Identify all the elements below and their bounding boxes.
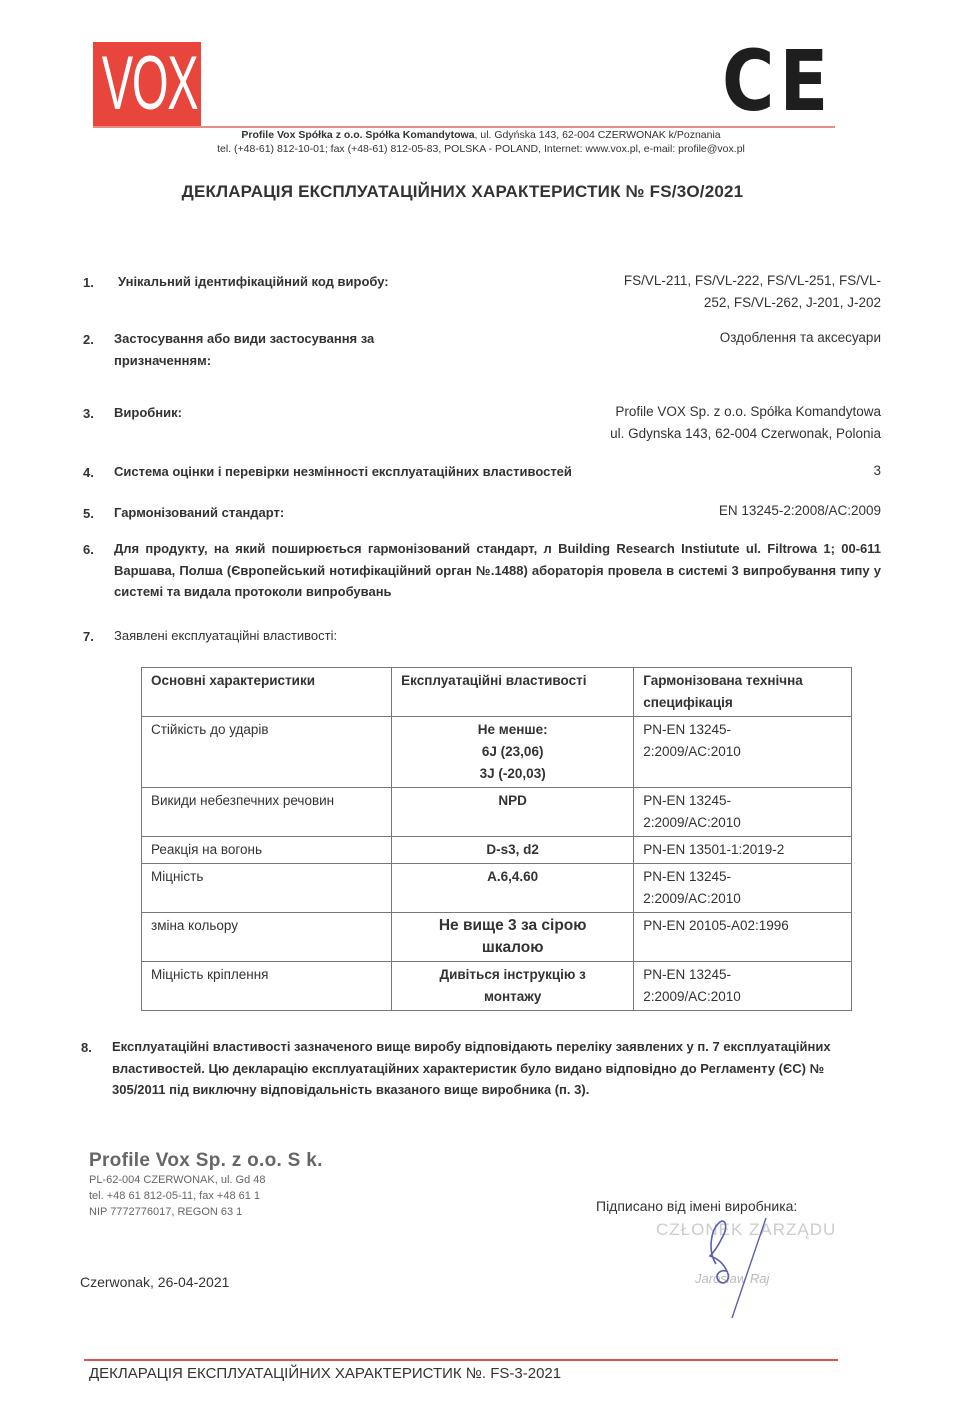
characteristic-cell: зміна кольору <box>142 913 392 962</box>
item-3-value: Profile VOX Sp. z o.o. Spółka Komandytow… <box>481 401 881 445</box>
item-4-number: 4. <box>83 465 94 480</box>
spec-line: PN-EN 20105-A02:1996 <box>643 915 842 937</box>
item-2-number: 2. <box>83 332 94 347</box>
table-row: зміна кольору Не вище 3 за сірою шкалою … <box>142 913 852 962</box>
performance-line: Дивіться інструкцію з <box>401 964 624 986</box>
performance-line: Не менше: <box>401 719 624 741</box>
spec-cell: PN-EN 13245- 2:2009/AC:2010 <box>634 962 852 1011</box>
item-8-text: Експлуатаційні властивості зазначеного в… <box>112 1036 840 1101</box>
item-2-label: Застосування або види застосування за пр… <box>114 328 374 372</box>
item-3-value-line: Profile VOX Sp. z o.o. Spółka Komandytow… <box>481 401 881 423</box>
table-header-cell: Гармонізована технічна специфікація <box>634 668 852 717</box>
item-8-number: 8. <box>81 1040 92 1055</box>
spec-line: PN-EN 13245- <box>643 719 842 741</box>
item-6-text: Для продукту, на який поширюється гармон… <box>114 538 881 603</box>
spec-line: 2:2009/AC:2010 <box>643 812 842 834</box>
stamp-line: Profile Vox Sp. z o.o. S k. <box>89 1150 323 1172</box>
table-row: Викиди небезпечних речовин NPD PN-EN 132… <box>142 788 852 837</box>
item-4-label: Система оцінки і перевірки незмінності е… <box>114 461 572 483</box>
spec-line: PN-EN 13245- <box>643 866 842 888</box>
table-row: Реакція на вогонь D-s3, d2 PN-EN 13501-1… <box>142 837 852 864</box>
performance-line: шкалою <box>401 937 624 959</box>
table-header-cell: Основні характеристики <box>142 668 392 717</box>
item-1-label: Унікальний ідентифікаційний код виробу: <box>118 271 389 293</box>
table-header-row: Основні характеристики Експлуатаційні вл… <box>142 668 852 717</box>
performance-line: Не вище 3 за сірою <box>401 915 624 937</box>
ce-mark-icon: CE <box>722 36 833 126</box>
performance-line: 6J (23,06) <box>401 741 624 763</box>
item-7-number: 7. <box>83 629 94 644</box>
spec-cell: PN-EN 13245- 2:2009/AC:2010 <box>634 788 852 837</box>
item-1-value: FS/VL-211, FS/VL-222, FS/VL-251, FS/VL- … <box>481 270 881 314</box>
signature-icon <box>688 1212 778 1322</box>
characteristic-cell: Стійкість до ударів <box>142 717 392 788</box>
item-7-label: Заявлені експлуатаційні властивості: <box>114 625 337 647</box>
company-stamp: Profile Vox Sp. z o.o. S k. PL-62-004 CZ… <box>89 1150 323 1220</box>
performance-line: монтажу <box>401 986 624 1008</box>
performance-line: D-s3, d2 <box>401 839 624 861</box>
performance-cell: Не вище 3 за сірою шкалою <box>392 913 634 962</box>
characteristic-cell: Викиди небезпечних речовин <box>142 788 392 837</box>
table-row: Стійкість до ударів Не менше: 6J (23,06)… <box>142 717 852 788</box>
stamp-line: NIP 7772776017, REGON 63 1 <box>89 1204 323 1220</box>
performance-line: A.6,4.60 <box>401 866 624 888</box>
characteristic-cell: Реакція на вогонь <box>142 837 392 864</box>
item-3-value-line: ul. Gdynska 143, 62-004 Czerwonak, Polon… <box>481 423 881 445</box>
vox-logo: VOX <box>93 42 201 126</box>
footer-text: ДЕКЛАРАЦІЯ ЕКСПЛУАТАЦІЙНИХ ХАРАКТЕРИСТИК… <box>89 1365 561 1382</box>
characteristic-cell: Міцність кріплення <box>142 962 392 1011</box>
item-1-value-line: 252, FS/VL-262, J-201, J-202 <box>481 292 881 314</box>
spec-line: 2:2009/AC:2010 <box>643 986 842 1008</box>
performance-line: NPD <box>401 790 624 812</box>
spec-line: PN-EN 13245- <box>643 964 842 986</box>
item-3-number: 3. <box>83 406 94 421</box>
stamp-line: tel. +48 61 812-05-11, fax +48 61 1 <box>89 1188 323 1204</box>
spec-cell: PN-EN 20105-A02:1996 <box>634 913 852 962</box>
item-2-label-line: Застосування або види застосування за <box>114 328 374 350</box>
spec-line: 2:2009/AC:2010 <box>643 888 842 910</box>
spec-line: 2:2009/AC:2010 <box>643 741 842 763</box>
spec-cell: PN-EN 13245- 2:2009/AC:2010 <box>634 717 852 788</box>
vox-logo-text: VOX <box>101 44 197 124</box>
item-4-value: 3 <box>841 460 881 482</box>
company-contact: tel. (+48-61) 812-10-01; fax (+48-61) 81… <box>0 143 962 155</box>
performance-cell: Не менше: 6J (23,06) 3J (-20,03) <box>392 717 634 788</box>
spec-cell: PN-EN 13245- 2:2009/AC:2010 <box>634 864 852 913</box>
item-2-label-line: призначенням: <box>114 350 374 372</box>
item-5-number: 5. <box>83 506 94 521</box>
company-name: Profile Vox Spółka z o.o. Spółka Komandy… <box>241 129 474 141</box>
table-row: Міцність A.6,4.60 PN-EN 13245- 2:2009/AC… <box>142 864 852 913</box>
performance-line: 3J (-20,03) <box>401 763 624 785</box>
table-row: Міцність кріплення Дивіться інструкцію з… <box>142 962 852 1011</box>
stamp-line: PL-62-004 CZERWONAK, ul. Gd 48 <box>89 1172 323 1188</box>
item-1-value-line: FS/VL-211, FS/VL-222, FS/VL-251, FS/VL- <box>481 270 881 292</box>
performance-cell: NPD <box>392 788 634 837</box>
spec-cell: PN-EN 13501-1:2019-2 <box>634 837 852 864</box>
company-address-rest: , ul. Gdyńska 143, 62-004 CZERWONAK k/Po… <box>475 129 721 141</box>
item-6-number: 6. <box>83 542 94 557</box>
item-5-label: Гармонізований стандарт: <box>114 502 284 524</box>
table-header-cell: Експлуатаційні властивості <box>392 668 634 717</box>
item-3-label: Виробник: <box>114 402 182 424</box>
item-5-value: EN 13245-2:2008/AC:2009 <box>581 500 881 522</box>
performance-cell: D-s3, d2 <box>392 837 634 864</box>
issue-date: Czerwonak, 26-04-2021 <box>80 1274 229 1290</box>
company-address: Profile Vox Spółka z o.o. Spółka Komandy… <box>0 129 962 141</box>
performance-cell: A.6,4.60 <box>392 864 634 913</box>
declared-performance-table: Основні характеристики Експлуатаційні вл… <box>141 667 852 1011</box>
header-divider <box>93 126 835 128</box>
performance-cell: Дивіться інструкцію з монтажу <box>392 962 634 1011</box>
item-2-value: Оздоблення та аксесуари <box>581 327 881 349</box>
spec-line: PN-EN 13245- <box>643 790 842 812</box>
characteristic-cell: Міцність <box>142 864 392 913</box>
footer-divider <box>84 1359 838 1361</box>
document-title: ДЕКЛАРАЦІЯ ЕКСПЛУАТАЦІЙНИХ ХАРАКТЕРИСТИК… <box>0 182 925 202</box>
item-1-number: 1. <box>83 275 94 290</box>
spec-line: PN-EN 13501-1:2019-2 <box>643 839 842 861</box>
